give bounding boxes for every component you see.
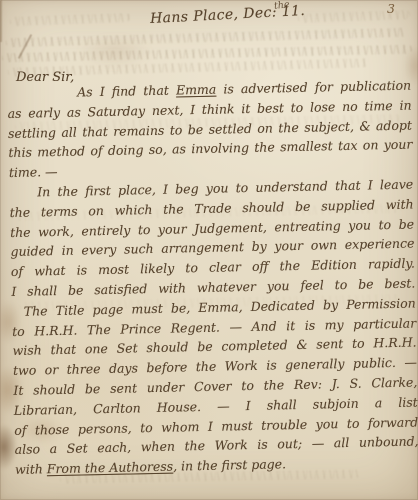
letter-text: with: [15, 461, 47, 477]
letter-text: , in the first page.: [173, 456, 286, 473]
paper-crease: [0, 0, 2, 42]
letter-text: As I find that: [77, 82, 176, 99]
letter-text: time. —: [9, 164, 58, 180]
paper-crease: [18, 34, 32, 59]
underlined-text: Emma: [176, 82, 217, 98]
manuscript-page: the Hans Place, Dec: 11. 3 Dear Sir, As …: [0, 0, 418, 500]
showthrough-line: [2, 45, 412, 63]
letter-body: As I find that Emma is advertised for pu…: [7, 76, 418, 480]
foxing-stain: [78, 36, 152, 68]
dateline: Hans Place, Dec: 11.: [150, 3, 306, 27]
showthrough-line: [10, 13, 130, 26]
showthrough-line: [6, 28, 406, 47]
page-number: 3: [387, 1, 395, 16]
underlined-text: From the Authoress: [47, 459, 174, 477]
letter-text: is advertised for publication: [216, 78, 411, 97]
